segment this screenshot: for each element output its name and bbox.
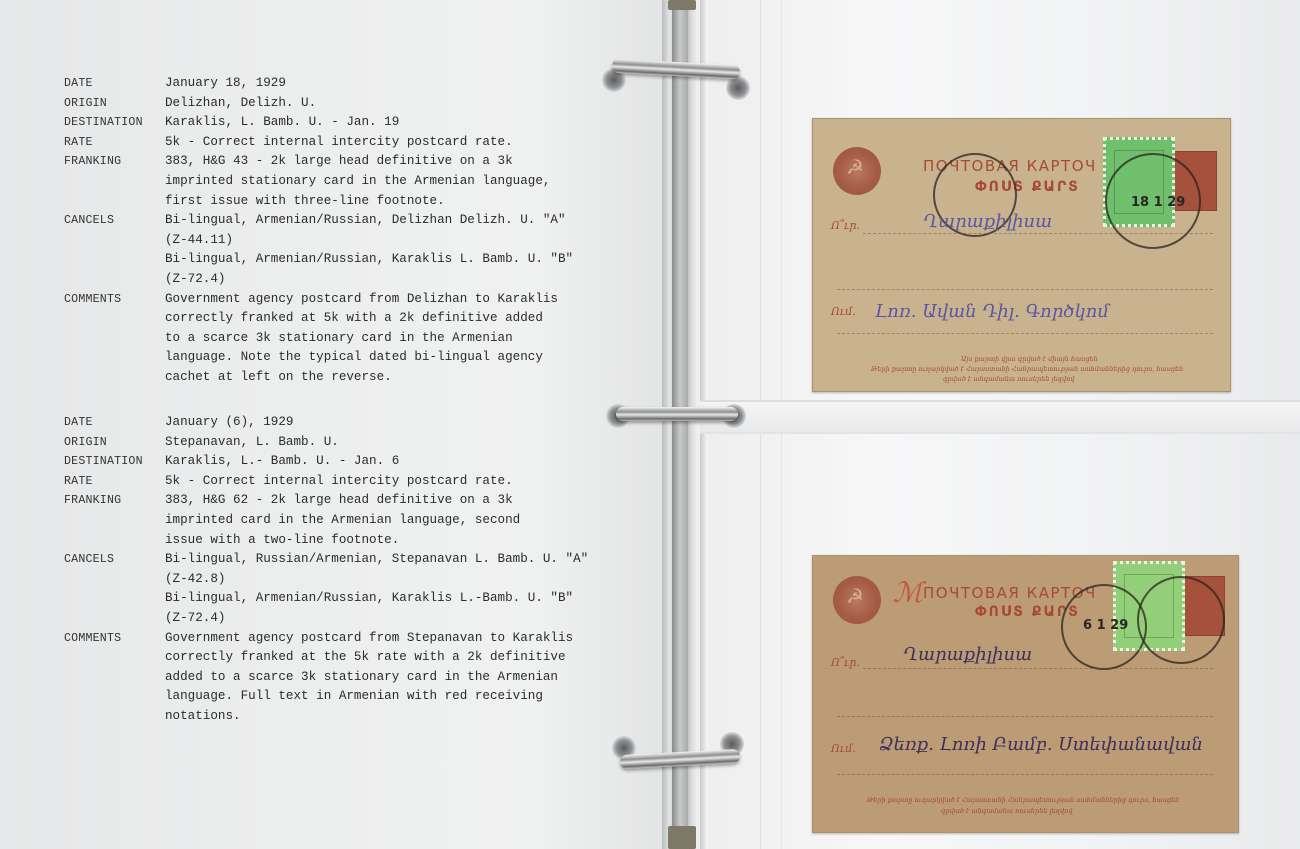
field-franking-row: FRANKING383, H&G 62 - 2k large head defi… [64, 491, 588, 511]
sender-handwriting: Ձեռք. Լոռի Բամբ. Ստեփանավան [879, 734, 1203, 755]
field-value: Government agency postcard from Delizhan… [165, 290, 558, 310]
sender-line [837, 774, 1213, 775]
field-value: cachet at left on the reverse. [165, 368, 392, 388]
field-value: Karaklis, L. Bamb. U. - Jan. 19 [165, 113, 399, 133]
ussr-emblem-icon [833, 147, 881, 195]
field-cancels-row: (Z-72.4) [64, 609, 588, 629]
field-franking-row: FRANKING383, H&G 43 - 2k large head defi… [64, 152, 573, 172]
field-label [64, 192, 165, 212]
field-cancels-row: Bi-lingual, Armenian/Russian, Karaklis L… [64, 250, 573, 270]
address-label: Ո՞ւր. [831, 219, 860, 232]
address-line-2 [837, 716, 1213, 717]
field-label: CANCELS [64, 211, 165, 231]
binder-mechanism-bottom [668, 826, 696, 849]
field-label [64, 589, 165, 609]
field-value: (Z-44.11) [165, 231, 233, 251]
field-value: language. Full text in Armenian with red… [165, 687, 543, 707]
field-franking-row: imprinted card in the Armenian language,… [64, 511, 588, 531]
field-cancels-row: (Z-72.4) [64, 270, 573, 290]
field-label [64, 570, 165, 590]
field-label: FRANKING [64, 491, 165, 511]
footnote-line-1: Այս քարտի վրա գրված է միայն հասցեն [961, 355, 1098, 363]
pocket-divider [700, 400, 1300, 434]
field-label [64, 668, 165, 688]
field-cancels-row: (Z-42.8) [64, 570, 588, 590]
field-value: Bi-lingual, Armenian/Russian, Karaklis L… [165, 589, 573, 609]
field-value: first issue with three-line footnote. [165, 192, 445, 212]
field-label [64, 309, 165, 329]
field-cancels-row: CANCELSBi-lingual, Russian/Armenian, Ste… [64, 550, 588, 570]
field-value: Karaklis, L.- Bamb. U. - Jan. 6 [165, 452, 399, 472]
field-value: (Z-72.4) [165, 270, 225, 290]
field-origin-row: ORIGINDelizhan, Delizh. U. [64, 94, 573, 114]
field-value: January 18, 1929 [165, 74, 286, 94]
field-label: ORIGIN [64, 94, 165, 114]
field-franking-row: issue with a two-line footnote. [64, 531, 588, 551]
entry-1: DATEJanuary 18, 1929ORIGINDelizhan, Deli… [64, 74, 573, 388]
field-label [64, 707, 165, 727]
postmark-right [1137, 576, 1225, 664]
field-cancels-row: CANCELSBi-lingual, Armenian/Russian, Del… [64, 211, 573, 231]
field-destination-row: DESTINATIONKaraklis, L.- Bamb. U. - Jan.… [64, 452, 588, 472]
field-label [64, 687, 165, 707]
field-value: 383, H&G 62 - 2k large head definitive o… [165, 491, 513, 511]
field-date-row: DATEJanuary 18, 1929 [64, 74, 573, 94]
field-value: correctly franked at 5k with a 2k defini… [165, 309, 543, 329]
field-value: 5k - Correct internal intercity postcard… [165, 472, 513, 492]
binder-ring-middle[interactable] [616, 407, 738, 421]
binder-mechanism-top [668, 0, 696, 10]
field-label [64, 609, 165, 629]
field-label [64, 348, 165, 368]
field-label: COMMENTS [64, 290, 165, 310]
field-franking-row: imprinted stationary card in the Armenia… [64, 172, 573, 192]
ring-hole-top-right [726, 76, 750, 100]
field-comments-row: COMMENTSGovernment agency postcard from … [64, 290, 573, 310]
footnote-line-3: գրված է անգամանա ռուսերեն լեզվով [943, 375, 1074, 383]
addressee-handwriting: Ղարաքիլիսա [923, 211, 1052, 232]
field-comments-row: language. Note the typical dated bi-ling… [64, 348, 573, 368]
field-label: COMMENTS [64, 629, 165, 649]
field-origin-row: ORIGINStepanavan, L. Bamb. U. [64, 433, 588, 453]
postcard-1[interactable]: ПОЧТОВАЯ КАРТОЧ ՓՈՍՏ ՔԱՐՏ 18 1 29 Ո՞ւր. … [812, 118, 1231, 392]
addressee-handwriting: Ղարաքիլիսա [903, 644, 1032, 665]
field-comments-row: to a scarce 3k stationary card in the Ar… [64, 329, 573, 349]
field-label [64, 329, 165, 349]
field-date-row: DATEJanuary (6), 1929 [64, 413, 588, 433]
field-value: Bi-lingual, Armenian/Russian, Karaklis L… [165, 250, 573, 270]
address-line-2 [837, 289, 1213, 290]
field-value: Bi-lingual, Russian/Armenian, Stepanavan… [165, 550, 588, 570]
field-value: language. Note the typical dated bi-ling… [165, 348, 543, 368]
field-value: imprinted card in the Armenian language,… [165, 511, 520, 531]
address-line [863, 233, 1213, 234]
field-label: CANCELS [64, 550, 165, 570]
field-label [64, 648, 165, 668]
field-value: Delizhan, Delizh. U. [165, 94, 316, 114]
field-value: notations. [165, 707, 241, 727]
sender-label: Ում. [831, 305, 856, 318]
field-value: Bi-lingual, Armenian/Russian, Delizhan D… [165, 211, 566, 231]
field-label: DESTINATION [64, 113, 165, 133]
field-cancels-row: Bi-lingual, Armenian/Russian, Karaklis L… [64, 589, 588, 609]
field-value: 5k - Correct internal intercity postcard… [165, 133, 513, 153]
red-receiving-notation: ℳ [893, 576, 923, 609]
field-comments-row: added to a scarce 3k stationary card in … [64, 668, 588, 688]
entry-2: DATEJanuary (6), 1929ORIGINStepanavan, L… [64, 413, 588, 727]
field-value: Government agency postcard from Stepanav… [165, 629, 573, 649]
field-value: Stepanavan, L. Bamb. U. [165, 433, 339, 453]
field-comments-row: COMMENTSGovernment agency postcard from … [64, 629, 588, 649]
field-value: January (6), 1929 [165, 413, 293, 433]
postmark-date: 18 1 29 [1131, 195, 1185, 210]
field-label: RATE [64, 472, 165, 492]
field-value: imprinted stationary card in the Armenia… [165, 172, 550, 192]
field-label: DATE [64, 413, 165, 433]
field-value: issue with a two-line footnote. [165, 531, 399, 551]
field-rate-row: RATE5k - Correct internal intercity post… [64, 472, 588, 492]
field-value: added to a scarce 3k stationary card in … [165, 668, 558, 688]
postmark-date: 6 1 29 [1083, 618, 1128, 633]
field-value: correctly franked at the 5k rate with a … [165, 648, 566, 668]
field-value: (Z-42.8) [165, 570, 225, 590]
field-label: DATE [64, 74, 165, 94]
field-comments-row: cachet at left on the reverse. [64, 368, 573, 388]
field-destination-row: DESTINATIONKaraklis, L. Bamb. U. - Jan. … [64, 113, 573, 133]
field-label: FRANKING [64, 152, 165, 172]
footnote-line-1: Թերի քարտը ուղարկված է Հայաստանի Հանրապե… [867, 796, 1179, 804]
field-label: RATE [64, 133, 165, 153]
field-label: DESTINATION [64, 452, 165, 472]
sender-label: Ում. [831, 742, 856, 755]
field-comments-row: language. Full text in Armenian with red… [64, 687, 588, 707]
field-label [64, 511, 165, 531]
address-label: Ո՞ւր. [831, 656, 860, 669]
field-label [64, 270, 165, 290]
field-comments-row: correctly franked at 5k with a 2k defini… [64, 309, 573, 329]
ussr-emblem-icon [833, 576, 881, 624]
field-value: to a scarce 3k stationary card in the Ar… [165, 329, 513, 349]
field-label [64, 172, 165, 192]
field-value: 383, H&G 43 - 2k large head definitive o… [165, 152, 513, 172]
postcard-2[interactable]: ℳ ПОЧТОВАЯ КАРТОЧ ՓՈՍՏ ՔԱՐՏ 6 1 29 Ո՞ւր.… [812, 555, 1239, 833]
footnote-line-2: Թերի քարտը ուղարկված է Հայաստանի Հանրապե… [871, 365, 1183, 373]
field-label [64, 231, 165, 251]
footnote-line-2: գրված է անգամանա ռուսերեն լեզվով [941, 807, 1072, 815]
field-value: (Z-72.4) [165, 609, 225, 629]
field-rate-row: RATE5k - Correct internal intercity post… [64, 133, 573, 153]
field-label [64, 531, 165, 551]
field-cancels-row: (Z-44.11) [64, 231, 573, 251]
field-label: ORIGIN [64, 433, 165, 453]
address-line [863, 668, 1213, 669]
binder-ring-bar [672, 0, 688, 849]
sender-handwriting: Լոռ. Ավան Դիլ. Գործկոմ [875, 301, 1109, 322]
field-comments-row: correctly franked at the 5k rate with a … [64, 648, 588, 668]
sender-line [837, 333, 1213, 334]
field-comments-row: notations. [64, 707, 588, 727]
field-franking-row: first issue with three-line footnote. [64, 192, 573, 212]
field-label [64, 368, 165, 388]
field-label [64, 250, 165, 270]
